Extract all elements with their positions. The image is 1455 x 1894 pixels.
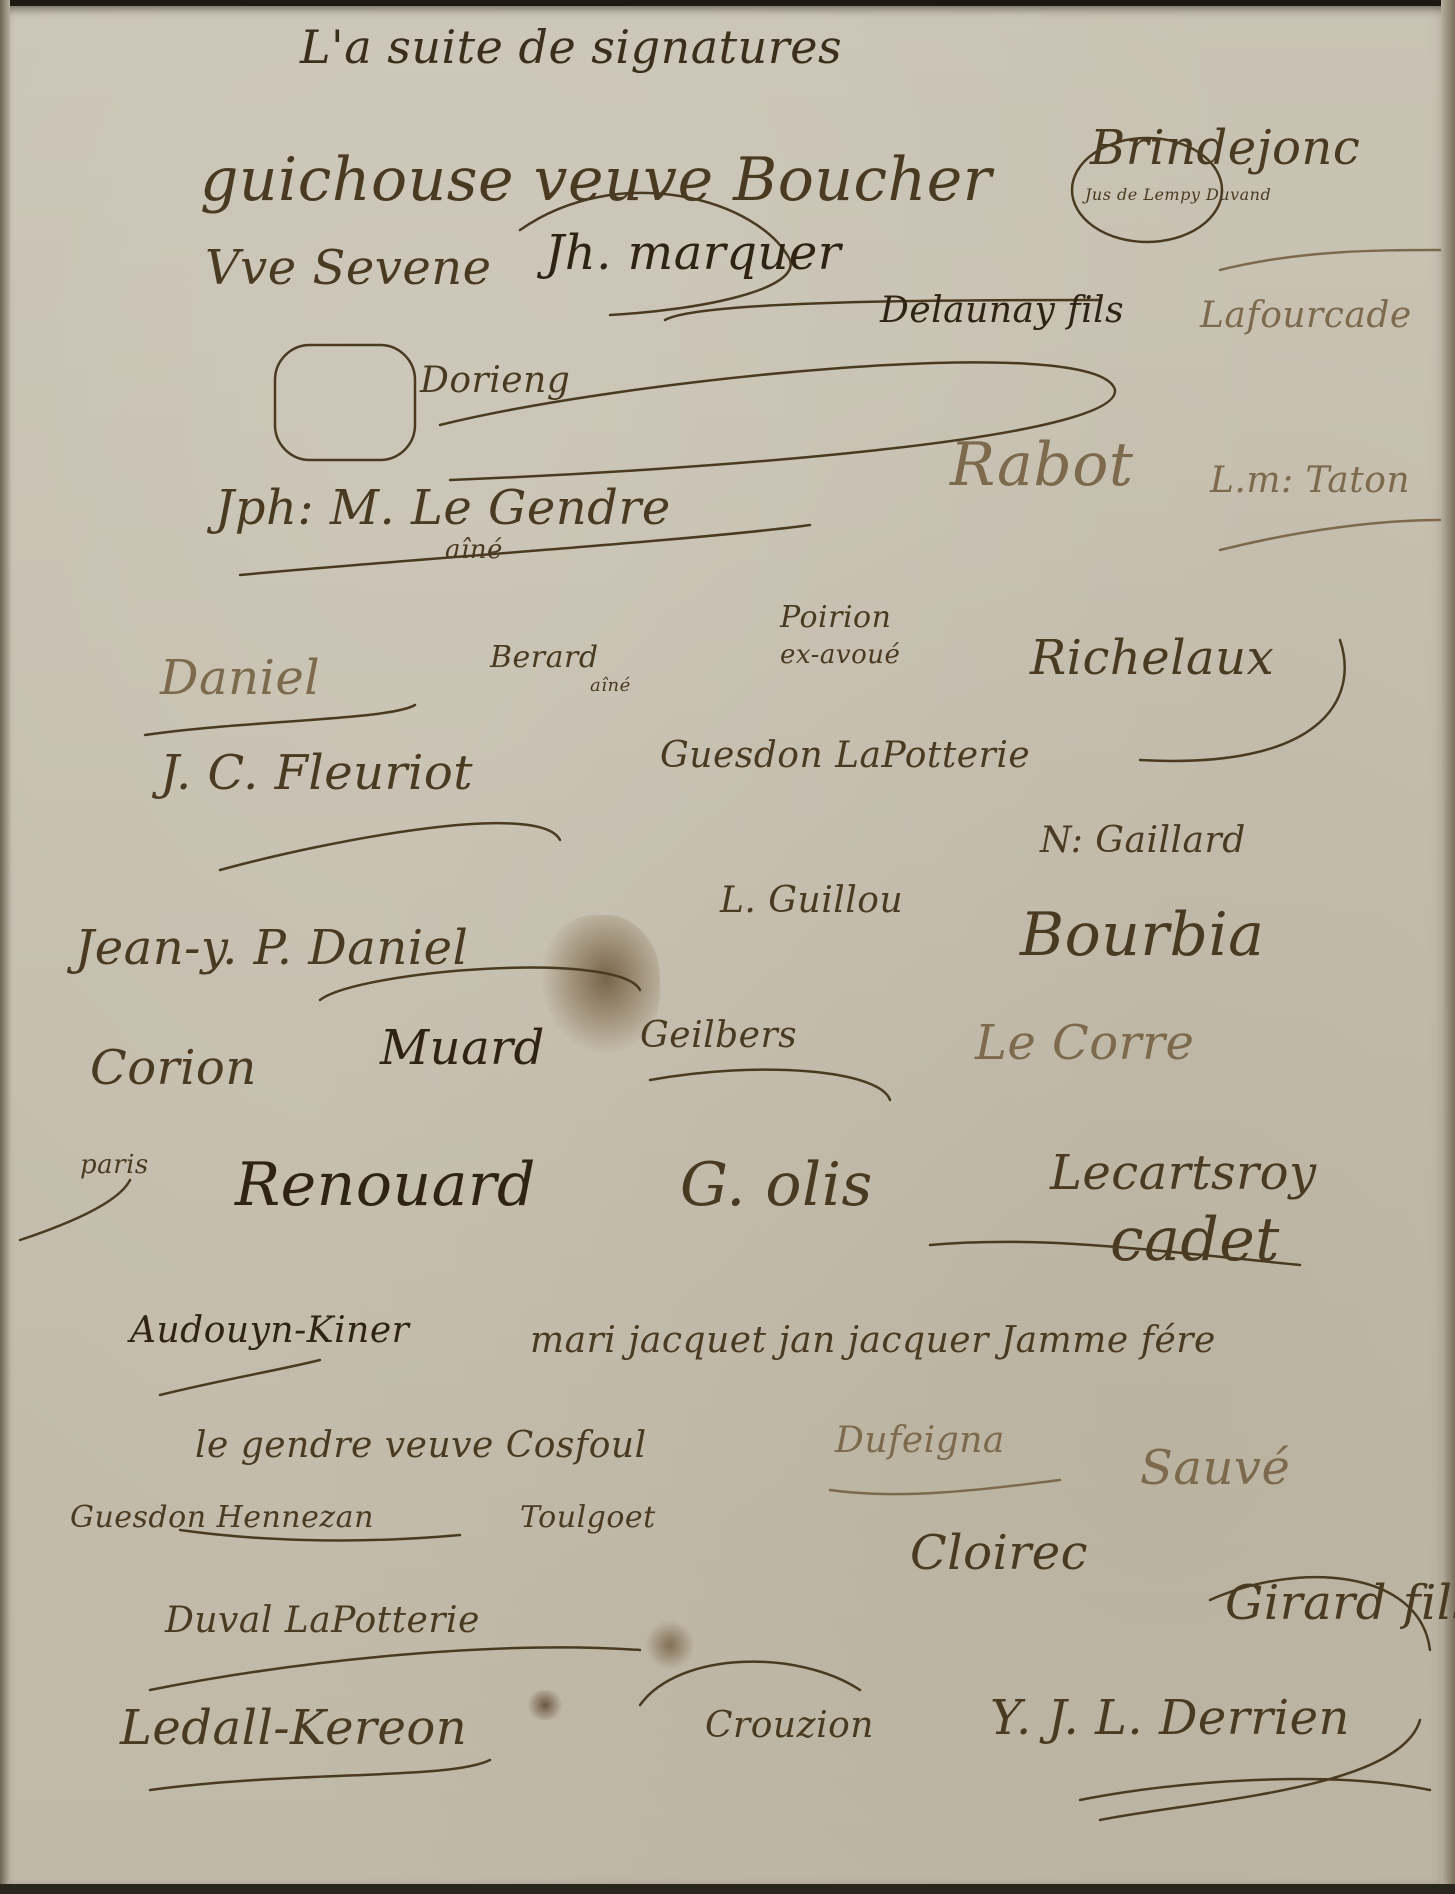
signature-toulgoet: Toulgoet [520, 1500, 656, 1535]
signature-audouyn-kiner: Audouyn-Kiner [130, 1310, 409, 1351]
ink-blot [645, 1620, 695, 1670]
signature-paris: paris [80, 1150, 149, 1180]
signature-guesdon-lapotterie: Guesdon LaPotterie [660, 735, 1030, 776]
signature-corion: Corion [90, 1040, 257, 1096]
signature-poirion-sub: ex-avoué [780, 640, 900, 670]
signature-bourbia: Bourbia [1020, 900, 1264, 970]
manuscript-page: L'a suite de signatures guichouse veuve … [0, 0, 1455, 1894]
signature-derrien: Y. J. L. Derrien [990, 1690, 1350, 1746]
signature-fleuriot: J. C. Fleuriot [160, 745, 473, 801]
signature-gaillard: N: Gaillard [1040, 820, 1246, 861]
signature-sevene: Vve Sevene [205, 240, 492, 296]
page-bottom-edge [0, 1884, 1455, 1894]
signature-geilbers: Geilbers [640, 1015, 797, 1056]
signature-lecartsroy: Lecartsroy [1050, 1145, 1317, 1201]
signature-guichouse: guichouse veuve Boucher [200, 145, 992, 215]
page-left-edge [0, 0, 10, 1894]
signature-lecartsroy-sub: cadet [1110, 1205, 1280, 1275]
signature-legendre: Jph: M. Le Gendre [215, 480, 671, 536]
signature-guillou: L. Guillou [720, 880, 903, 921]
signature-gilis: G. olis [680, 1150, 873, 1220]
signature-brindejonc-sub: Jus de Lempy Duvand [1085, 185, 1271, 204]
signature-mari-jacquet: mari jacquet jan jacquer Jamme fére [530, 1320, 1216, 1361]
signature-duval-lapotterie: Duval LaPotterie [165, 1600, 480, 1641]
signature-dorieng: Dorieng [420, 360, 570, 401]
signature-cloirec: Cloirec [910, 1525, 1088, 1581]
signature-dufeigna: Dufeigna [835, 1420, 1005, 1461]
ink-blot [525, 1690, 565, 1720]
signature-jean-daniel: Jean-y. P. Daniel [75, 920, 468, 976]
signature-daniel: Daniel [160, 650, 320, 706]
signature-delaunay: Delaunay fils [880, 290, 1124, 331]
signature-guesdon-hennezan: Guesdon Hennezan [70, 1500, 374, 1535]
signature-berard: Berard [490, 640, 599, 675]
signature-taton: L.m: Taton [1210, 460, 1410, 501]
signature-berard-sub: aîné [590, 675, 631, 696]
signature-brindejonc: Brindejonc [1090, 120, 1360, 176]
signature-richelaux: Richelaux [1030, 630, 1274, 686]
signature-marquer: Jh. marquer [545, 225, 841, 281]
signature-legendre-sub: aîné [445, 535, 503, 565]
page-top-edge [0, 0, 1455, 6]
signature-lafourcade: Lafourcade [1200, 295, 1412, 336]
signature-le-gendre-veuve: le gendre veuve Cosfoul [195, 1425, 647, 1466]
signature-girard: Girard fils [1225, 1575, 1455, 1631]
signature-lecorre: Le Corre [975, 1015, 1194, 1071]
signature-sauve: Sauvé [1140, 1440, 1290, 1496]
page-heading: L'a suite de signatures [300, 20, 842, 74]
signature-crouzion: Crouzion [705, 1705, 874, 1746]
signature-renouard: Renouard [235, 1150, 536, 1220]
signature-ledall-kereon: Ledall-Kereon [120, 1700, 467, 1756]
signature-poirion: Poirion [780, 600, 891, 635]
signature-muard: Muard [380, 1020, 545, 1076]
signature-rabot: Rabot [950, 430, 1133, 500]
